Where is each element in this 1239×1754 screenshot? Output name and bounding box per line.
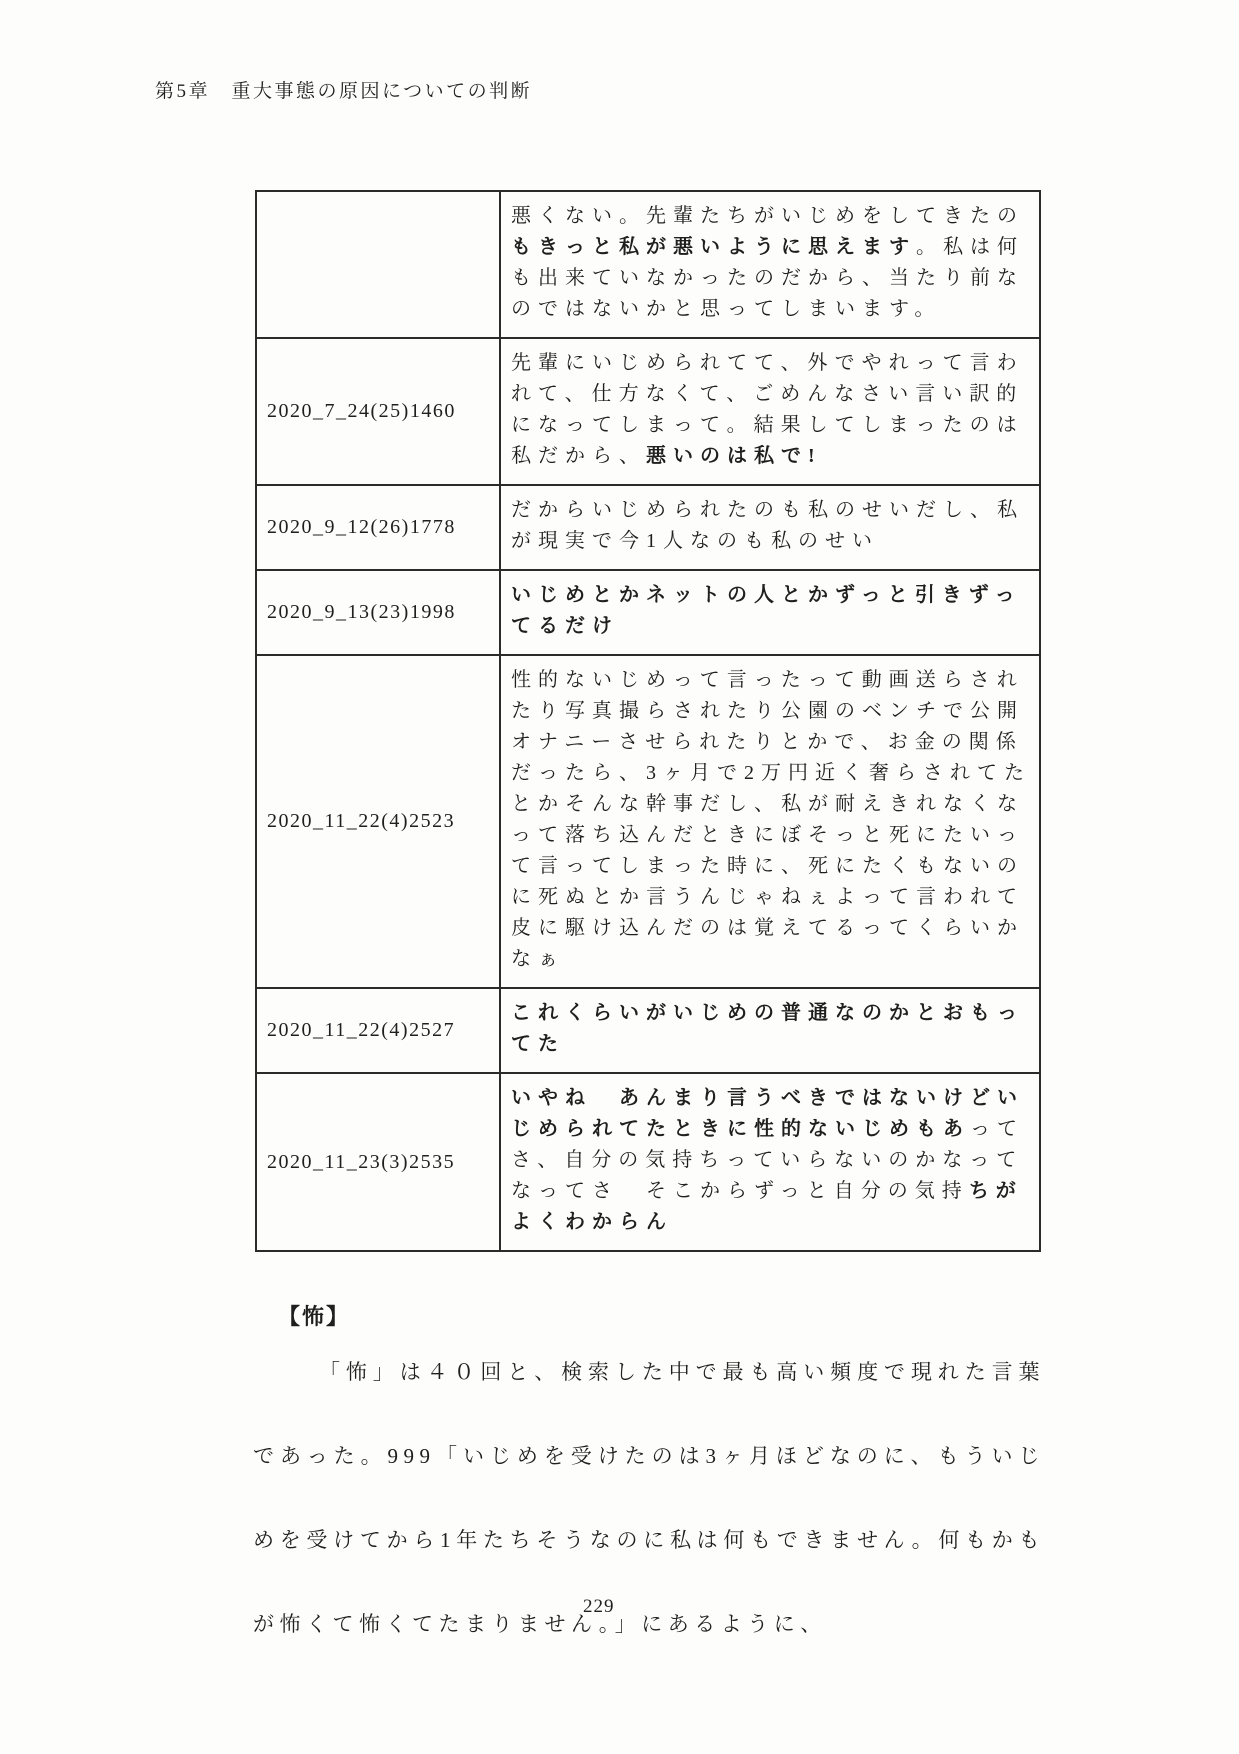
row-quote: だからいじめられたのも私のせいだし、私が現実で今1人なのも私のせい bbox=[500, 485, 1040, 570]
quote-segment: だからいじめられたのも私のせいだし、私が現実で今1人なのも私のせい bbox=[511, 499, 1024, 552]
section-heading: 【怖】 bbox=[278, 1300, 350, 1331]
table-row: 2020_9_12(26)1778だからいじめられたのも私のせいだし、私が現実で… bbox=[256, 485, 1040, 570]
row-date: 2020_11_22(4)2527 bbox=[256, 988, 500, 1073]
quote-segment: もきっと私が悪いように思えます bbox=[511, 236, 916, 258]
table-row: 2020_11_22(4)2527これくらいがいじめの普通なのかとおもってた bbox=[256, 988, 1040, 1073]
body-paragraph: 「怖」は４０回と、検索した中で最も高い頻度で現れた言葉であった。999「いじめを… bbox=[253, 1330, 1045, 1666]
quote-segment: 悪くない。先輩たちがいじめをしてきたの bbox=[511, 205, 1024, 227]
quote-segment: 悪いのは私で! bbox=[646, 445, 822, 467]
row-date: 2020_9_13(23)1998 bbox=[256, 570, 500, 655]
table-row: 2020_11_23(3)2535いやね あんまり言うべきではないけどいじめられ… bbox=[256, 1073, 1040, 1251]
row-date bbox=[256, 191, 500, 338]
chapter-header: 第5章 重大事態の原因についての判断 bbox=[155, 76, 532, 103]
row-date: 2020_7_24(25)1460 bbox=[256, 338, 500, 485]
document-page: 第5章 重大事態の原因についての判断 悪くない。先輩たちがいじめをしてきたのもき… bbox=[0, 0, 1239, 1754]
row-date: 2020_11_23(3)2535 bbox=[256, 1073, 500, 1251]
row-date: 2020_11_22(4)2523 bbox=[256, 655, 500, 988]
quote-segment: いじめとかネットの人とかずっと引きずってるだけ bbox=[511, 584, 1022, 637]
quote-segment: 性的ないじめって言ったって動画送らされたり写真撮らされたり公園のベンチで公開オナ… bbox=[511, 669, 1031, 970]
quote-segment: いやね あんまり言うべきではないけどいじめられてたときに性的ないじめもあ bbox=[511, 1087, 1024, 1140]
quotes-table-body: 悪くない。先輩たちがいじめをしてきたのもきっと私が悪いように思えます。私は何も出… bbox=[256, 191, 1040, 1251]
table-row: 2020_9_13(23)1998いじめとかネットの人とかずっと引きずってるだけ bbox=[256, 570, 1040, 655]
row-quote: いやね あんまり言うべきではないけどいじめられてたときに性的ないじめもあってさ、… bbox=[500, 1073, 1040, 1251]
row-quote: 悪くない。先輩たちがいじめをしてきたのもきっと私が悪いように思えます。私は何も出… bbox=[500, 191, 1040, 338]
row-quote: 性的ないじめって言ったって動画送らされたり写真撮らされたり公園のベンチで公開オナ… bbox=[500, 655, 1040, 988]
row-quote: これくらいがいじめの普通なのかとおもってた bbox=[500, 988, 1040, 1073]
quote-segment: これくらいがいじめの普通なのかとおもってた bbox=[511, 1002, 1024, 1055]
table-row: 2020_11_22(4)2523性的ないじめって言ったって動画送らされたり写真… bbox=[256, 655, 1040, 988]
row-quote: 先輩にいじめられてて、外でやれって言われて、仕方なくて、ごめんなさい言い訳的にな… bbox=[500, 338, 1040, 485]
table-row: 悪くない。先輩たちがいじめをしてきたのもきっと私が悪いように思えます。私は何も出… bbox=[256, 191, 1040, 338]
row-quote: いじめとかネットの人とかずっと引きずってるだけ bbox=[500, 570, 1040, 655]
quotes-table: 悪くない。先輩たちがいじめをしてきたのもきっと私が悪いように思えます。私は何も出… bbox=[255, 190, 1041, 1252]
table-row: 2020_7_24(25)1460先輩にいじめられてて、外でやれって言われて、仕… bbox=[256, 338, 1040, 485]
row-date: 2020_9_12(26)1778 bbox=[256, 485, 500, 570]
page-number: 229 bbox=[583, 1596, 615, 1618]
